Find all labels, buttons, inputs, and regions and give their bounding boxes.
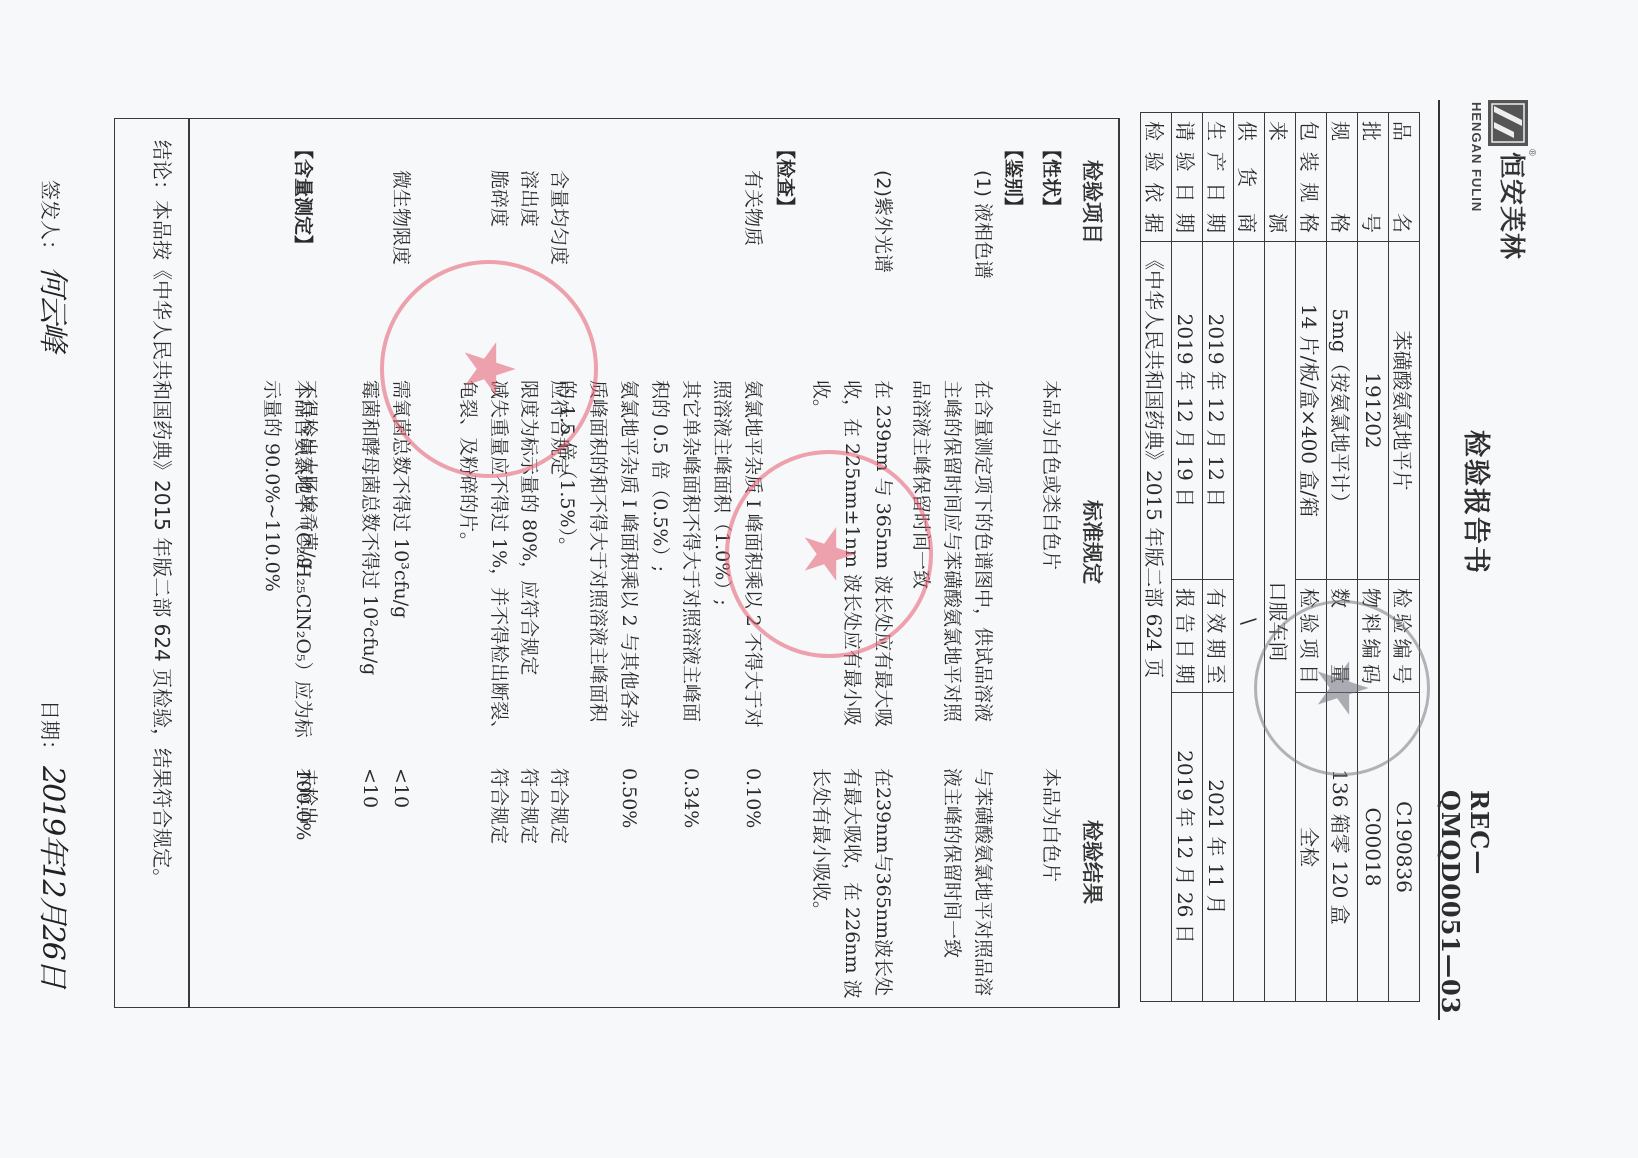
results-frame-top bbox=[1118, 118, 1120, 1008]
source-label: 来源 bbox=[1265, 113, 1296, 242]
test-item-name: 脆碎度 bbox=[483, 140, 514, 380]
column-header-item: 检验项目 bbox=[1078, 160, 1108, 244]
table-row: 检验依据 《中华人民共和国药典》2015 年版二部 624 页 bbox=[1141, 113, 1172, 1002]
test-items-value: 全检 bbox=[1296, 692, 1327, 1001]
material-code-value: C00018 bbox=[1358, 692, 1389, 1001]
table-row: 供货商 \ bbox=[1234, 113, 1265, 1002]
test-item-name: 微生物限度 bbox=[385, 140, 416, 380]
result-value: 0.50% bbox=[613, 768, 644, 1008]
result-value: 本品为白色片 bbox=[1035, 768, 1066, 1008]
standard-text: 在 239nm 与 365nm 波长处应有最大吸收，在 225nm±1nm 波长… bbox=[805, 380, 898, 740]
company-name-cn: 恒安芙林 bbox=[1495, 152, 1532, 260]
test-item-name: 溶出度 bbox=[513, 140, 544, 380]
package-label: 包装规格 bbox=[1296, 113, 1327, 242]
supplier-value: \ bbox=[1234, 242, 1265, 1002]
header-divider bbox=[1438, 100, 1440, 1020]
standard-text: 减失重量应不得过 1%，并不得检出断裂、龟裂、及粉碎的片。 bbox=[452, 380, 514, 740]
conclusion-text: 结论：本品按《中华人民共和国药典》2015 年版二部 624 页检验，结果符合规… bbox=[149, 140, 178, 888]
standard-text: 需氧菌总数不得过 10³cfu/g bbox=[385, 380, 416, 740]
document-title: 检验报告书 bbox=[1459, 430, 1498, 575]
conclusion-divider bbox=[188, 118, 190, 1008]
signer-signature: 何云峰 bbox=[35, 266, 70, 350]
result-value: <10 bbox=[385, 768, 416, 1008]
production-date-value: 2019 年 12 月 12 日 bbox=[1203, 242, 1234, 580]
result-value: 与苯磺酸氨氯地平对照品溶液主峰的保留时间一致 bbox=[936, 768, 998, 1008]
result-value: 符合规定 bbox=[513, 768, 544, 1008]
inspection-no-value: C190836 bbox=[1389, 692, 1420, 1001]
signer-label: 签发人： bbox=[38, 180, 62, 260]
report-date-value: 2019 年 12 月 26 日 bbox=[1172, 692, 1203, 1001]
inspection-report-page: ® 恒安芙林 HENGAN FULIN 检验报告书 REC—QMQD0051—0… bbox=[0, 0, 1638, 1158]
batch-label: 批号 bbox=[1358, 113, 1389, 242]
report-header: ® 恒安芙林 HENGAN FULIN 检验报告书 REC—QMQD0051—0… bbox=[1444, 100, 1528, 1030]
test-item-name: (1) 液相色谱 bbox=[967, 140, 998, 380]
column-header-standard: 标准规定 bbox=[1078, 500, 1108, 584]
standard-text: 霉菌和酵母菌总数不得过 10²cfu/g bbox=[354, 380, 385, 740]
test-items-label: 检验项目 bbox=[1296, 579, 1327, 692]
standard-text: 氨氯地平杂质 I 峰面积乘以 2 不得大于对照溶液主峰面积（1.0%）; bbox=[706, 380, 768, 740]
document-code: REC—QMQD0051—03 bbox=[1436, 790, 1494, 1030]
result-value: 0.34% bbox=[675, 768, 706, 1008]
supplier-label: 供货商 bbox=[1234, 113, 1265, 242]
test-item-name: 含量均匀度 bbox=[543, 140, 574, 380]
expiry-label: 有效期至 bbox=[1203, 579, 1234, 692]
result-value: 100.0% bbox=[287, 768, 318, 1008]
sign-date-block: 日期：2019年12月26日 bbox=[34, 700, 78, 987]
expiry-value: 2021 年 11 月 bbox=[1203, 692, 1234, 1001]
standard-text: 应符合规定 bbox=[543, 380, 574, 740]
spec-label: 规格 bbox=[1327, 113, 1358, 242]
test-item-name: 【鉴别】 bbox=[997, 140, 1028, 350]
product-info-table: 品名 苯磺酸氨氯地平片 检验编号 C190836 批号 191202 物料编码 … bbox=[1140, 112, 1420, 1002]
test-item-name: 【检查】 bbox=[769, 140, 800, 350]
table-row: 规格 5mg（按氨氯地平计） 数量 136 箱零 120 盒 bbox=[1327, 113, 1358, 1002]
company-logo-icon bbox=[1488, 100, 1528, 146]
result-value: 符合规定 bbox=[483, 768, 514, 1008]
quantity-label: 数量 bbox=[1327, 579, 1358, 692]
test-item-name: 【含量测定】 bbox=[287, 140, 318, 350]
table-row: 来源 口服车间 bbox=[1265, 113, 1296, 1002]
test-item-name: (2)紫外光谱 bbox=[867, 140, 898, 380]
material-code-label: 物料编码 bbox=[1358, 579, 1389, 692]
production-date-label: 生产日期 bbox=[1203, 113, 1234, 242]
result-value: 符合规定 bbox=[543, 768, 574, 1008]
standard-text: 其它单杂峰面积不得大于对照溶液主峰面积的 0.5 倍（0.5%）; bbox=[644, 380, 706, 740]
product-name-value: 苯磺酸氨氯地平片 bbox=[1389, 242, 1420, 580]
inspection-no-label: 检验编号 bbox=[1389, 579, 1420, 692]
request-date-value: 2019 年 12 月 19 日 bbox=[1172, 242, 1203, 580]
result-value: <10 bbox=[354, 768, 385, 1008]
table-row: 请验日期 2019 年 12 月 19 日 报告日期 2019 年 12 月 2… bbox=[1172, 113, 1203, 1002]
test-item-name: 有关物质 bbox=[737, 140, 768, 380]
company-name-en: HENGAN FULIN bbox=[1469, 102, 1484, 212]
standard-text: 限度为标示量的 80%，应符合规定 bbox=[513, 380, 544, 740]
table-row: 品名 苯磺酸氨氯地平片 检验编号 C190836 bbox=[1389, 113, 1420, 1002]
result-value: 0.10% bbox=[737, 768, 768, 1008]
spec-value: 5mg（按氨氯地平计） bbox=[1327, 242, 1358, 580]
table-row: 生产日期 2019 年 12 月 12 日 有效期至 2021 年 11 月 bbox=[1203, 113, 1234, 1002]
standard-text: 本品含氨氯地平（C₂₀H₂₅ClN₂O₅）应为标示量的 90.0%~110.0% bbox=[256, 380, 318, 740]
column-header-result: 检验结果 bbox=[1078, 820, 1108, 904]
quantity-value: 136 箱零 120 盒 bbox=[1327, 692, 1358, 1001]
standard-text: 在含量测定项下的色谱图中，供试品溶液主峰的保留时间应与苯磺酸氨氯地平对照品溶液主… bbox=[905, 380, 998, 740]
product-name-label: 品名 bbox=[1389, 113, 1420, 242]
report-date-label: 报告日期 bbox=[1172, 579, 1203, 692]
basis-value: 《中华人民共和国药典》2015 年版二部 624 页 bbox=[1141, 242, 1172, 1002]
signer-block: 签发人：何云峰 bbox=[34, 180, 78, 350]
request-date-label: 请验日期 bbox=[1172, 113, 1203, 242]
table-row: 批号 191202 物料编码 C00018 bbox=[1358, 113, 1389, 1002]
sign-date-handwritten: 2019年12月26日 bbox=[35, 766, 70, 987]
table-row: 包装规格 14 片/板/盒×400 盒/箱 检验项目 全检 bbox=[1296, 113, 1327, 1002]
test-item-name: 【性状】 bbox=[1035, 140, 1066, 350]
standard-text: 本品为白色或类白色片 bbox=[1035, 380, 1066, 740]
basis-label: 检验依据 bbox=[1141, 113, 1172, 242]
result-value: 在239nm与365nm波长处有最大吸收，在 226nm 波长处有最小吸收。 bbox=[805, 768, 898, 1008]
package-value: 14 片/板/盒×400 盒/箱 bbox=[1296, 242, 1327, 580]
source-value: 口服车间 bbox=[1265, 242, 1296, 1002]
batch-value: 191202 bbox=[1358, 242, 1389, 580]
sign-date-label: 日期： bbox=[38, 700, 62, 760]
